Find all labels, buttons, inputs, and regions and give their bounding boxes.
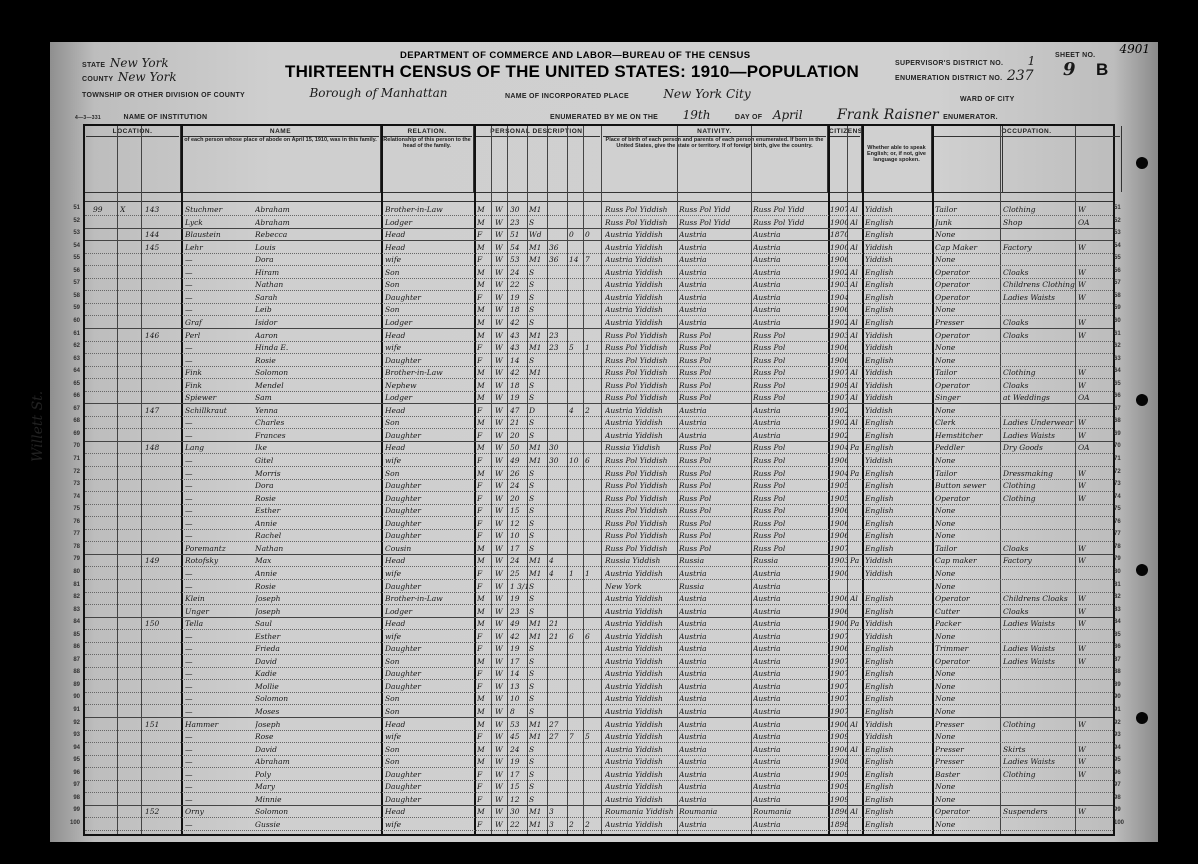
line-number: 55 — [1114, 255, 1128, 261]
cell-surname: — — [185, 292, 255, 304]
cell-yrs — [549, 204, 565, 216]
cell-mother: Russ Pol — [753, 530, 825, 542]
table-row: PoremantzNathanCousinMW17SRuss Pol Yiddi… — [85, 543, 1113, 555]
cell-born: 5 — [569, 342, 583, 354]
cell-race: W — [495, 518, 509, 530]
cell-house — [120, 279, 134, 291]
cell-dwelling — [93, 706, 113, 718]
cell-mother: Russ Pol — [753, 480, 825, 492]
cell-race: W — [495, 242, 509, 254]
cell-lang: English — [865, 493, 931, 505]
cell-given: Rachel — [255, 530, 375, 542]
cell-marital: S — [529, 781, 547, 793]
cell-age: 21 — [510, 417, 528, 429]
cell-living: 5 — [585, 731, 599, 743]
cell-birth: Russ Pol Yiddish — [605, 518, 677, 530]
cell-born — [569, 543, 583, 555]
cell-birth: Austria Yiddish — [605, 229, 677, 241]
cell-given: Gitel — [255, 455, 375, 467]
cell-trade: Hemstitcher — [935, 430, 1001, 442]
cell-trade: Presser — [935, 756, 1001, 768]
line-number: 81 — [1114, 582, 1128, 588]
cell-family — [145, 706, 175, 718]
cell-given: Sam — [255, 392, 375, 404]
cell-trade: Packer — [935, 618, 1001, 630]
cell-sex: M — [477, 267, 491, 279]
cell-race: W — [495, 217, 509, 229]
cell-mother: Russ Pol — [753, 455, 825, 467]
cell-living — [585, 493, 599, 505]
cell-birth: Austria Yiddish — [605, 430, 677, 442]
table-row: —RosieDaughterFW14SRuss Pol YiddishRuss … — [85, 355, 1113, 367]
cell-lang: English — [865, 355, 931, 367]
cell-relation: Cousin — [385, 543, 473, 555]
cell-living — [585, 681, 599, 693]
cell-emp: OA — [1078, 442, 1096, 454]
incorporated-place-value: New York City — [663, 87, 750, 101]
cell-house — [120, 731, 134, 743]
cell-father: Austria — [679, 593, 751, 605]
cell-house — [120, 719, 134, 731]
cell-dwelling — [93, 380, 113, 392]
cell-surname: Lyck — [185, 217, 255, 229]
cell-father: Austria — [679, 781, 751, 793]
table-row: 145LehrLouisHeadMW54M136Austria YiddishA… — [85, 242, 1113, 254]
cell-given: Ike — [255, 442, 375, 454]
cell-born — [569, 606, 583, 618]
line-number: 68 — [66, 418, 80, 424]
cell-lang: English — [865, 430, 931, 442]
cell-relation: Lodger — [385, 606, 473, 618]
cell-father: Austria — [679, 317, 751, 329]
cell-given: Solomon — [255, 367, 375, 379]
cell-industry — [1003, 355, 1075, 367]
cell-race: W — [495, 405, 509, 417]
cell-sex: M — [477, 543, 491, 555]
cell-yrs — [549, 769, 565, 781]
cell-nat: Al — [850, 242, 862, 254]
cell-born — [569, 204, 583, 216]
cell-trade: Presser — [935, 719, 1001, 731]
cell-trade: None — [935, 668, 1001, 680]
cell-emp: W — [1078, 643, 1096, 655]
cell-lang: Yiddish — [865, 367, 931, 379]
cell-birth: Austria Yiddish — [605, 643, 677, 655]
cell-born — [569, 756, 583, 768]
cell-lang: Yiddish — [865, 555, 931, 567]
col-group-occupation: OCCUPATION. — [932, 126, 1122, 192]
cell-dwelling — [93, 631, 113, 643]
cell-nat — [850, 493, 862, 505]
cell-trade: None — [935, 342, 1001, 354]
cell-living — [585, 643, 599, 655]
cell-industry — [1003, 530, 1075, 542]
form-code: 4—3—331 — [75, 115, 101, 121]
cell-industry — [1003, 518, 1075, 530]
cell-marital: S — [529, 693, 547, 705]
cell-trade: None — [935, 819, 1001, 831]
cell-emp — [1078, 530, 1096, 542]
cell-age: 43 — [510, 342, 528, 354]
cell-relation: wife — [385, 254, 473, 266]
cell-house — [120, 819, 134, 831]
line-number: 52 — [66, 218, 80, 224]
cell-family — [145, 744, 175, 756]
cell-mother: Austria — [753, 744, 825, 756]
cell-father: Austria — [679, 267, 751, 279]
cell-house — [120, 543, 134, 555]
line-number: 61 — [1114, 331, 1128, 337]
cell-immig: 1906 — [830, 455, 848, 467]
cell-birth: Russ Pol Yiddish — [605, 342, 677, 354]
cell-relation: Son — [385, 468, 473, 480]
cell-emp: W — [1078, 493, 1096, 505]
cell-nat: Al — [850, 380, 862, 392]
cell-trade: Tailor — [935, 204, 1001, 216]
binding-hole — [1136, 157, 1148, 169]
cell-given: Rosie — [255, 493, 375, 505]
line-number: 83 — [1114, 607, 1128, 613]
cell-father: Austria — [679, 744, 751, 756]
cell-relation: Daughter — [385, 681, 473, 693]
cell-lang: English — [865, 806, 931, 818]
cell-mother: Austria — [753, 317, 825, 329]
cell-trade: None — [935, 304, 1001, 316]
cell-relation: Head — [385, 229, 473, 241]
cell-marital: S — [529, 706, 547, 718]
cell-lang: English — [865, 794, 931, 806]
cell-living — [585, 581, 599, 593]
cell-surname: — — [185, 304, 255, 316]
cell-race: W — [495, 430, 509, 442]
cell-emp: W — [1078, 543, 1096, 555]
cell-relation: Lodger — [385, 317, 473, 329]
cell-emp: W — [1078, 292, 1096, 304]
cell-living — [585, 794, 599, 806]
cell-age: 22 — [510, 819, 528, 831]
cell-nat — [850, 518, 862, 530]
cell-sex: F — [477, 342, 491, 354]
cell-birth: Russ Pol Yiddish — [605, 330, 677, 342]
cell-trade: Operator — [935, 656, 1001, 668]
cell-nat — [850, 304, 862, 316]
cell-mother: Austria — [753, 819, 825, 831]
cell-living — [585, 217, 599, 229]
cell-race: W — [495, 292, 509, 304]
cell-surname: — — [185, 480, 255, 492]
township-value: Borough of Manhattan — [309, 86, 447, 100]
cell-relation: wife — [385, 455, 473, 467]
cell-industry: Childrens Clothing — [1003, 279, 1075, 291]
col-group-name: NAMEof each person whose place of abode … — [181, 126, 381, 192]
cell-born — [569, 656, 583, 668]
cell-house — [120, 330, 134, 342]
cell-sex: M — [477, 317, 491, 329]
line-number: 70 — [1114, 443, 1128, 449]
cell-born — [569, 493, 583, 505]
cell-marital: S — [529, 505, 547, 517]
cell-nat: Pa — [850, 618, 862, 630]
cell-family — [145, 756, 175, 768]
cell-house — [120, 217, 134, 229]
line-number: 67 — [1114, 406, 1128, 412]
cell-mother: Russ Pol — [753, 518, 825, 530]
cell-race: W — [495, 468, 509, 480]
cell-family — [145, 606, 175, 618]
cell-nat: Al — [850, 392, 862, 404]
line-number: 77 — [1114, 531, 1128, 537]
cell-industry: Ladies Waists — [1003, 656, 1075, 668]
cell-mother: Austria — [753, 618, 825, 630]
cell-dwelling — [93, 744, 113, 756]
line-number: 54 — [1114, 243, 1128, 249]
cell-immig: 1900 — [830, 242, 848, 254]
cell-father: Austria — [679, 668, 751, 680]
cell-dwelling: 99 — [93, 204, 113, 216]
cell-relation: Daughter — [385, 505, 473, 517]
cell-born — [569, 468, 583, 480]
cell-relation: Daughter — [385, 292, 473, 304]
cell-nat — [850, 731, 862, 743]
cell-marital: S — [529, 656, 547, 668]
cell-immig: 1909 — [830, 769, 848, 781]
cell-immig: 1896 — [830, 806, 848, 818]
table-row: GrafIsidorLodgerMW42SAustria YiddishAust… — [85, 317, 1113, 329]
line-number: 75 — [66, 506, 80, 512]
cell-industry — [1003, 693, 1075, 705]
cell-given: Nathan — [255, 279, 375, 291]
cell-family: 146 — [145, 330, 175, 342]
cell-marital: M1 — [529, 455, 547, 467]
cell-lang: English — [865, 442, 931, 454]
cell-given: Esther — [255, 505, 375, 517]
cell-mother: Austria — [753, 593, 825, 605]
cell-family — [145, 367, 175, 379]
table-row: 152OrnySolomonHeadMW30M13Roumania Yiddis… — [85, 806, 1113, 818]
cell-living — [585, 417, 599, 429]
table-row: —MollieDaughterFW13SAustria YiddishAustr… — [85, 681, 1113, 693]
cell-born — [569, 706, 583, 718]
cell-marital: M1 — [529, 731, 547, 743]
cell-mother: Russ Pol — [753, 505, 825, 517]
cell-father: Russ Pol — [679, 442, 751, 454]
table-row: —GussiewifeFW22M1322Austria YiddishAustr… — [85, 819, 1113, 831]
cell-immig: 1900 — [830, 618, 848, 630]
cell-immig: 1907 — [830, 681, 848, 693]
cell-sex: F — [477, 530, 491, 542]
line-number: 97 — [66, 782, 80, 788]
cell-race: W — [495, 643, 509, 655]
sheet-side: B — [1096, 60, 1108, 79]
cell-father: Russ Pol — [679, 367, 751, 379]
cell-mother: Austria — [753, 656, 825, 668]
cell-marital: S — [529, 744, 547, 756]
cell-marital: M1 — [529, 806, 547, 818]
cell-lang: Yiddish — [865, 731, 931, 743]
table-row: —EstherDaughterFW15SRuss Pol YiddishRuss… — [85, 505, 1113, 517]
cell-birth: Russ Pol Yiddish — [605, 367, 677, 379]
cell-given: Nathan — [255, 543, 375, 555]
line-number: 87 — [1114, 657, 1128, 663]
cell-given: Aaron — [255, 330, 375, 342]
cell-race: W — [495, 581, 509, 593]
cell-yrs — [549, 643, 565, 655]
cell-family — [145, 468, 175, 480]
cell-dwelling — [93, 355, 113, 367]
cell-yrs — [549, 505, 565, 517]
cell-industry: Ladies Waists — [1003, 643, 1075, 655]
cell-emp — [1078, 229, 1096, 241]
cell-sex: M — [477, 417, 491, 429]
cell-lang: English — [865, 530, 931, 542]
cell-emp: W — [1078, 317, 1096, 329]
cell-given: Dora — [255, 254, 375, 266]
cell-lang: English — [865, 819, 931, 831]
cell-lang: English — [865, 267, 931, 279]
cell-emp — [1078, 794, 1096, 806]
cell-industry: Cloaks — [1003, 543, 1075, 555]
cell-marital: S — [529, 267, 547, 279]
cell-born — [569, 643, 583, 655]
cell-living — [585, 505, 599, 517]
cell-age: 10 — [510, 693, 528, 705]
cell-house — [120, 355, 134, 367]
cell-living — [585, 756, 599, 768]
cell-living: 1 — [585, 568, 599, 580]
cell-dwelling — [93, 555, 113, 567]
cell-mother: Austria — [753, 693, 825, 705]
cell-trade: None — [935, 693, 1001, 705]
cell-nat — [850, 819, 862, 831]
cell-born — [569, 217, 583, 229]
cell-surname: — — [185, 455, 255, 467]
cell-lang: English — [865, 543, 931, 555]
enumerated-month: April — [773, 108, 803, 122]
line-number: 76 — [66, 519, 80, 525]
cell-dwelling — [93, 279, 113, 291]
cell-emp — [1078, 254, 1096, 266]
cell-yrs — [549, 493, 565, 505]
table-row: —DorawifeFW53M136147Austria YiddishAustr… — [85, 254, 1113, 266]
cell-sex: M — [477, 656, 491, 668]
cell-marital: Wd — [529, 229, 547, 241]
cell-race: W — [495, 668, 509, 680]
cell-sex: M — [477, 367, 491, 379]
cell-immig: 1906 — [830, 530, 848, 542]
cell-nat — [850, 229, 862, 241]
cell-lang: English — [865, 744, 931, 756]
cell-marital: S — [529, 392, 547, 404]
cell-given: Rebecca — [255, 229, 375, 241]
cell-race: W — [495, 744, 509, 756]
cell-trade: None — [935, 794, 1001, 806]
cell-lang: English — [865, 417, 931, 429]
cell-yrs — [549, 367, 565, 379]
cell-house — [120, 806, 134, 818]
cell-race: W — [495, 267, 509, 279]
cell-mother: Russ Pol — [753, 468, 825, 480]
cell-relation: Lodger — [385, 392, 473, 404]
cell-nat — [850, 480, 862, 492]
cell-surname: — — [185, 731, 255, 743]
cell-father: Russ Pol — [679, 330, 751, 342]
cell-yrs: 3 — [549, 819, 565, 831]
cell-given: Isidor — [255, 317, 375, 329]
line-number: 56 — [66, 268, 80, 274]
cell-surname: — — [185, 668, 255, 680]
cell-relation: Head — [385, 242, 473, 254]
cell-marital: S — [529, 317, 547, 329]
cell-family — [145, 819, 175, 831]
cell-birth: Russ Pol Yiddish — [605, 480, 677, 492]
cell-born — [569, 267, 583, 279]
cell-emp: W — [1078, 468, 1096, 480]
cell-immig: 1898 — [830, 819, 848, 831]
cell-sex: M — [477, 555, 491, 567]
line-number: 63 — [1114, 356, 1128, 362]
cell-immig: 1902 — [830, 417, 848, 429]
line-number: 62 — [1114, 343, 1128, 349]
cell-dwelling — [93, 593, 113, 605]
cell-family — [145, 693, 175, 705]
cell-sex: M — [477, 806, 491, 818]
cell-sex: F — [477, 355, 491, 367]
cell-family — [145, 656, 175, 668]
line-number: 58 — [66, 293, 80, 299]
cell-trade: None — [935, 706, 1001, 718]
cell-trade: Tailor — [935, 367, 1001, 379]
cell-family — [145, 304, 175, 316]
cell-birth: Russ Pol Yiddish — [605, 204, 677, 216]
cell-father: Austria — [679, 706, 751, 718]
line-number: 52 — [1114, 218, 1128, 224]
cell-father: Austria — [679, 769, 751, 781]
cell-immig: 1904 — [830, 468, 848, 480]
cell-birth: Russia Yiddish — [605, 442, 677, 454]
binding-hole — [1136, 394, 1148, 406]
cell-lang: English — [865, 643, 931, 655]
cell-father: Austria — [679, 430, 751, 442]
cell-house — [120, 744, 134, 756]
cell-immig: 1909 — [830, 731, 848, 743]
column-number-row — [85, 192, 1113, 202]
enumeration-district-field: Enumeration District No. 237 — [895, 67, 1034, 85]
binding-hole — [1136, 564, 1148, 576]
cell-trade: Cap Maker — [935, 242, 1001, 254]
cell-surname: — — [185, 706, 255, 718]
cell-surname: — — [185, 355, 255, 367]
cell-father: Russia — [679, 581, 751, 593]
line-number: 100 — [1114, 820, 1128, 826]
cell-given: Yenna — [255, 405, 375, 417]
cell-trade: None — [935, 681, 1001, 693]
cell-father: Austria — [679, 656, 751, 668]
cell-living — [585, 317, 599, 329]
cell-yrs: 36 — [549, 242, 565, 254]
cell-family — [145, 392, 175, 404]
cell-yrs — [549, 518, 565, 530]
cell-relation: Daughter — [385, 355, 473, 367]
cell-living — [585, 267, 599, 279]
institution-field: 4—3—331 Name of institution — [75, 106, 207, 124]
table-row: —DavidSonMW17SAustria YiddishAustriaAust… — [85, 656, 1113, 668]
cell-dwelling — [93, 568, 113, 580]
cell-yrs — [549, 380, 565, 392]
cell-house — [120, 468, 134, 480]
cell-yrs: 3 — [549, 806, 565, 818]
cell-living — [585, 593, 599, 605]
cell-race: W — [495, 204, 509, 216]
